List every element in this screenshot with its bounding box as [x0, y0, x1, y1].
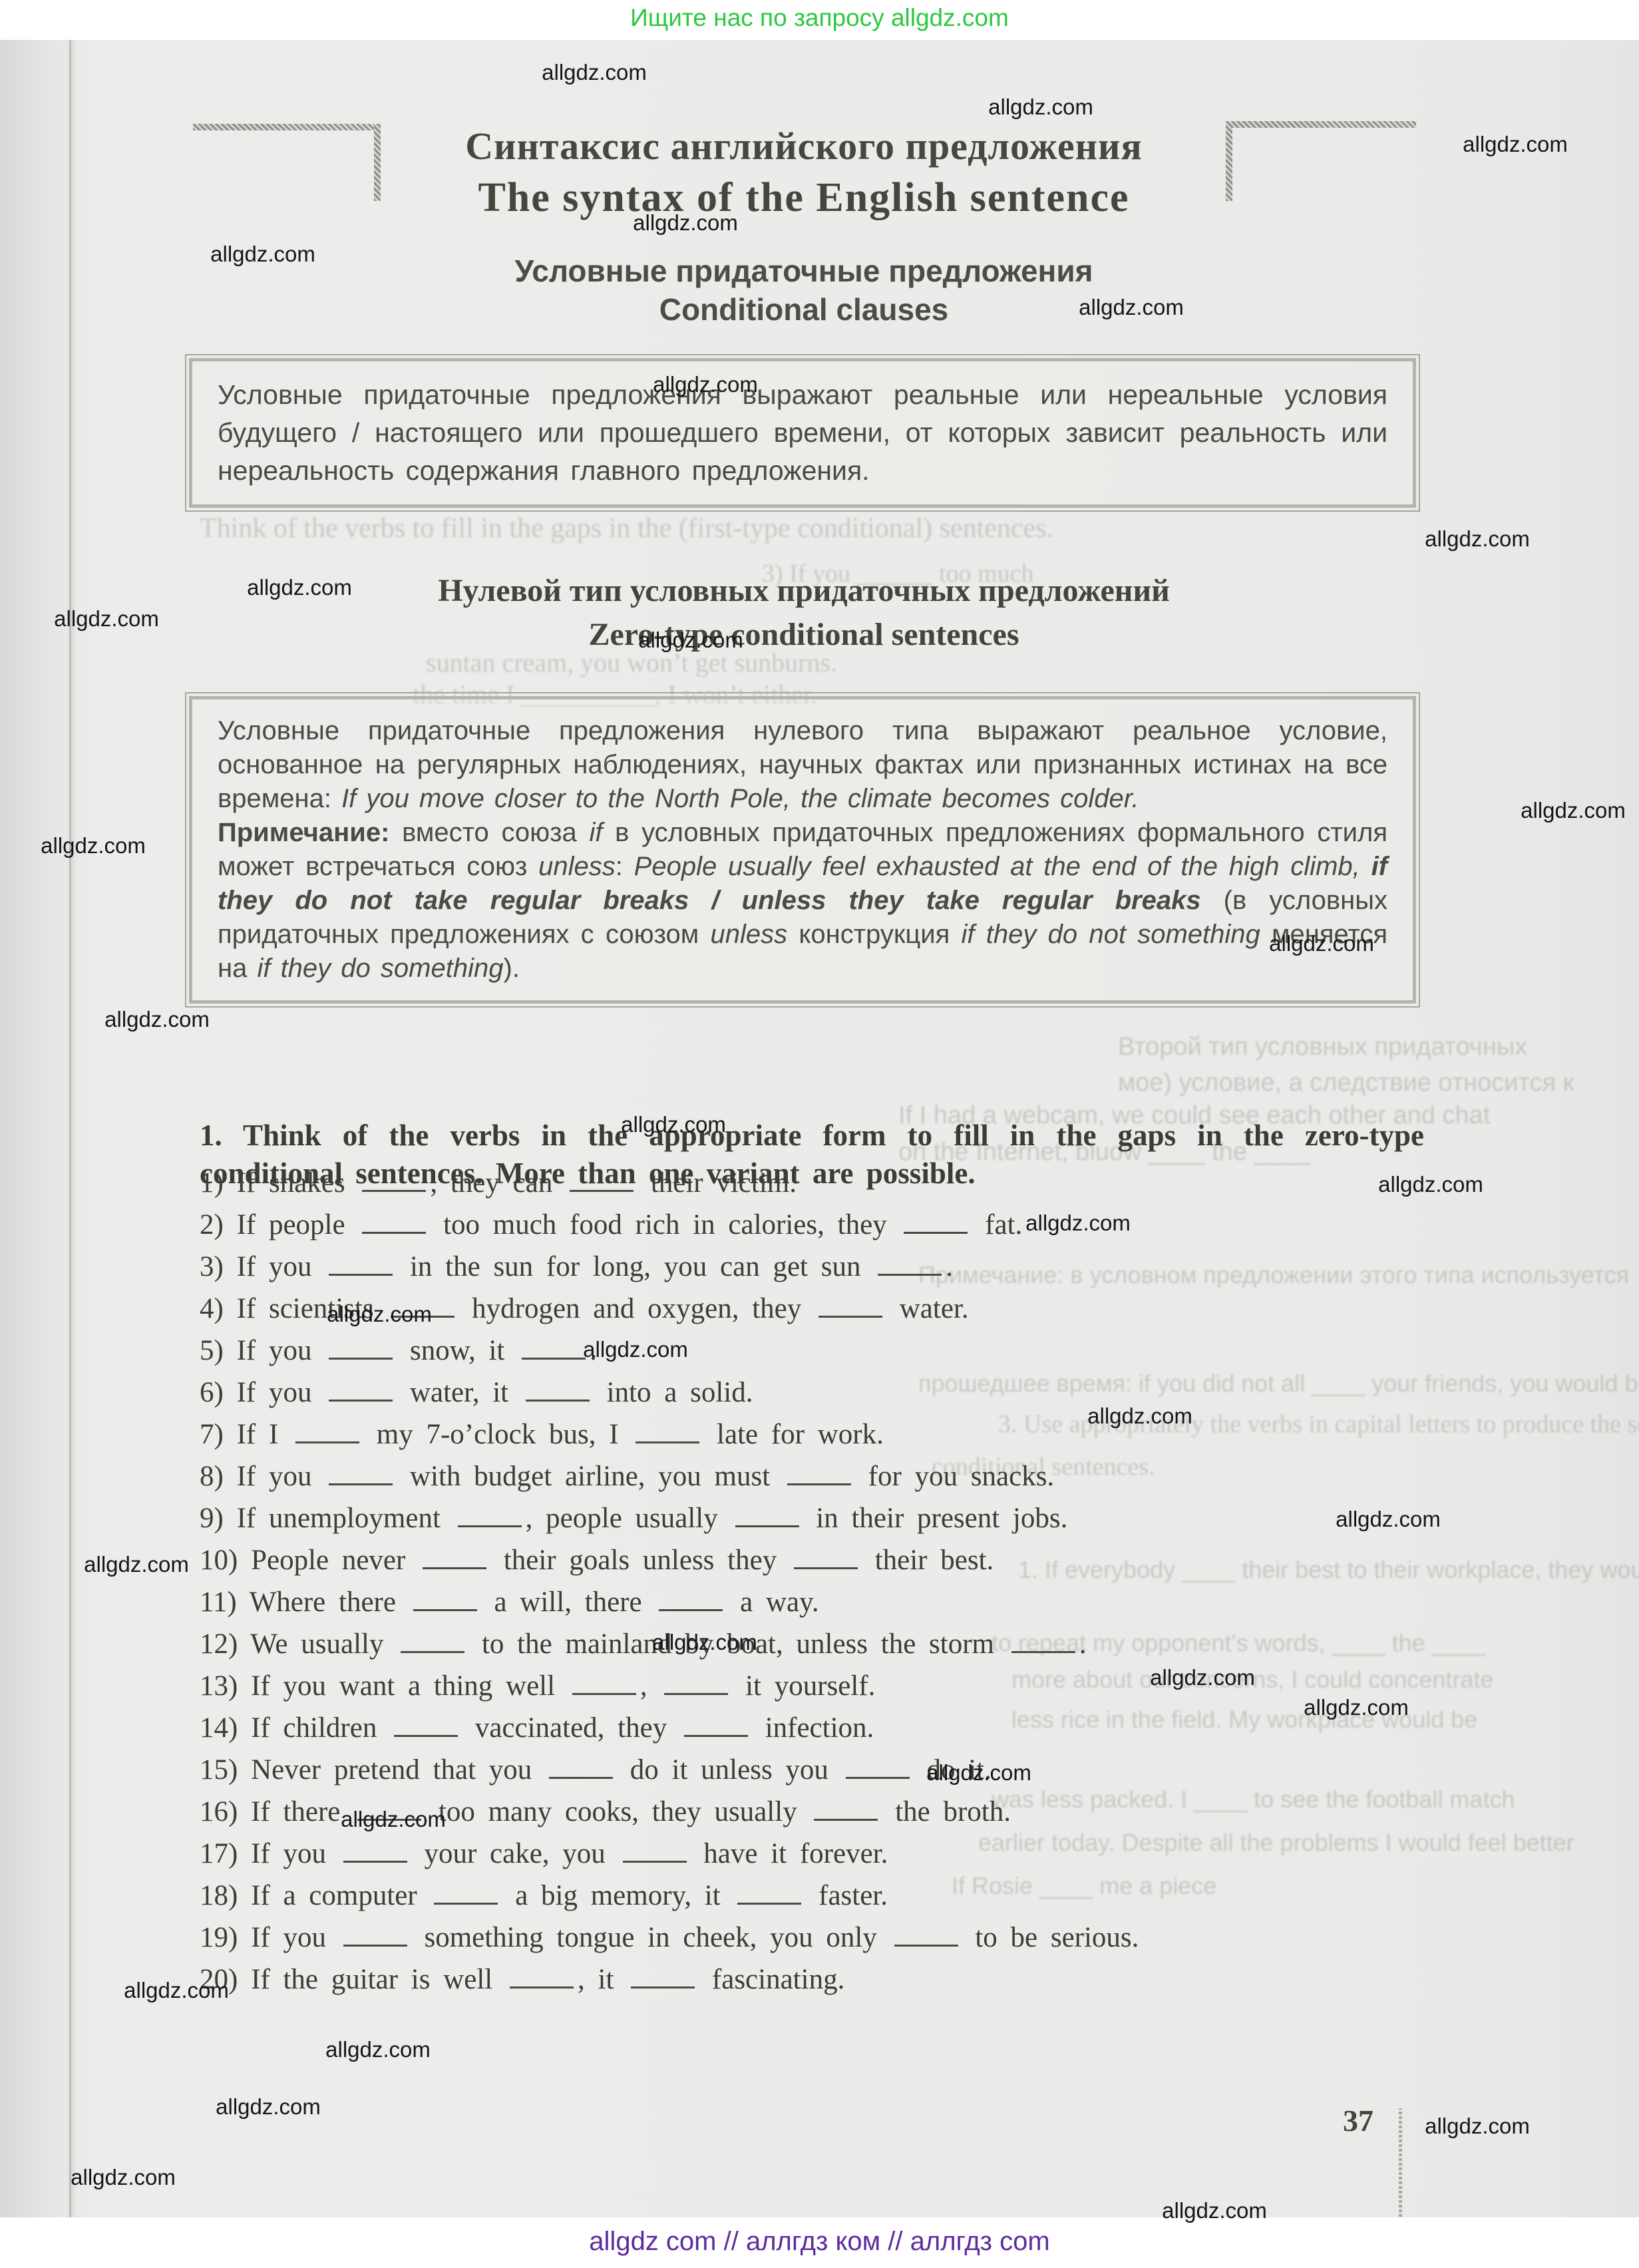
blank-gap [329, 1393, 393, 1402]
sentence-6: 6) If you water, it into a solid. [200, 1372, 1464, 1414]
sentence-4: 4) If scientists hydrogen and oxygen, th… [200, 1288, 1464, 1330]
section-title-english: Zero-type conditional sentences [188, 616, 1419, 653]
blank-gap [904, 1225, 968, 1234]
sentence-15: 15) Never pretend that you do it unless … [200, 1749, 1464, 1791]
scanned-page: Ищите нас по запросу allgdz.com Think of… [0, 0, 1639, 2268]
rule-box-zero-type-text: Условные придаточные предложения нулевог… [189, 696, 1416, 1004]
blank-gap [362, 1183, 426, 1192]
sentence-12: 12) We usually to the mainland by boat, … [200, 1623, 1464, 1665]
rule-text-run: Примечание: [218, 818, 389, 847]
sentence-5: 5) If you snow, it . [200, 1330, 1464, 1372]
topic-title-english: Conditional clauses [188, 291, 1419, 327]
blank-gap [391, 1309, 455, 1318]
page-number: 37 [1343, 2103, 1373, 2138]
rule-text-run: If you move closer to the North Pole, th… [341, 784, 1139, 813]
blank-gap [664, 1686, 728, 1695]
sentence-8: 8) If you with budget airline, you must … [200, 1455, 1464, 1497]
section-title-russian: Нулевой тип условных придаточных предлож… [188, 572, 1419, 609]
blank-gap [434, 1896, 498, 1905]
blank-gap [549, 1770, 613, 1779]
blank-gap [570, 1183, 634, 1192]
rule-text-run: if they do not something [962, 920, 1260, 949]
blank-gap [329, 1267, 393, 1276]
sentence-2: 2) If people too much food rich in calor… [200, 1204, 1464, 1246]
topic-title-russian: Условные придаточные предложения [188, 253, 1419, 289]
rule-box-conditionals: Условные придаточные предложения выражаю… [185, 354, 1420, 512]
blank-gap [1011, 1644, 1075, 1653]
blank-gap [787, 1477, 851, 1485]
sentence-7: 7) If I my 7-o’clock bus, I late for wor… [200, 1414, 1464, 1455]
footer-line: allgdz com // аллгдз ком // аллгдз com [0, 2227, 1639, 2257]
blank-gap [329, 1477, 393, 1485]
sentence-16: 16) If there too many cooks, they usuall… [200, 1791, 1464, 1833]
rule-text-run: if they do something [257, 954, 503, 983]
paper-scan: Think of the verbs to fill in the gaps i… [0, 40, 1639, 2217]
sentence-9: 9) If unemployment , people usually in t… [200, 1497, 1464, 1539]
sentence-20: 20) If the guitar is well , it fascinati… [200, 1959, 1464, 2000]
blank-gap [362, 1225, 426, 1234]
blank-gap [329, 1351, 393, 1360]
blank-gap [684, 1728, 748, 1737]
blank-gap [737, 1896, 801, 1905]
blank-gap [631, 1980, 695, 1988]
blank-gap [819, 1309, 882, 1318]
sentence-1: 1) If snakes , they can their victim. [200, 1162, 1464, 1204]
blank-gap [401, 1644, 464, 1653]
promo-banner: Ищите нас по запросу allgdz.com [0, 4, 1639, 32]
blank-gap [846, 1770, 910, 1779]
blank-gap [659, 1603, 723, 1611]
blank-gap [458, 1519, 522, 1527]
blank-gap [572, 1686, 636, 1695]
sentence-13: 13) If you want a thing well , it yourse… [200, 1665, 1464, 1707]
rule-text-run: ). [503, 954, 519, 983]
rule-box-zero-type: Условные придаточные предложения нулевог… [185, 692, 1420, 1008]
blank-gap [526, 1393, 590, 1402]
blank-gap [343, 1938, 407, 1947]
sentence-17: 17) If you your cake, you have it foreve… [200, 1833, 1464, 1875]
sentence-18: 18) If a computer a big memory, it faste… [200, 1875, 1464, 1917]
blank-gap [295, 1435, 359, 1443]
rule-text-run: конструкция [787, 920, 961, 949]
rule-text-run: вместо союза [389, 818, 589, 847]
sentence-11: 11) Where there a will, there a way. [200, 1581, 1464, 1623]
chapter-title-english: The syntax of the English sentence [188, 174, 1419, 222]
blank-gap [894, 1938, 958, 1947]
blank-gap [394, 1728, 458, 1737]
blank-gap [735, 1519, 799, 1527]
rule-box-conditionals-text: Условные придаточные предложения выражаю… [189, 358, 1416, 508]
blank-gap [814, 1812, 878, 1821]
sentence-3: 3) If you in the sun for long, you can g… [200, 1246, 1464, 1288]
blank-gap [522, 1351, 586, 1360]
blank-gap [343, 1854, 407, 1863]
blank-gap [623, 1854, 687, 1863]
blank-gap [413, 1603, 477, 1611]
blank-gap [357, 1812, 421, 1821]
sentence-10: 10) People never their goals unless they… [200, 1539, 1464, 1581]
page-content: Синтаксис английского предложения The sy… [0, 40, 1639, 2217]
sentence-14: 14) If children vaccinated, they infecti… [200, 1707, 1464, 1749]
rule-text-run: : [616, 852, 634, 881]
page-number-rule [1399, 2108, 1402, 2217]
rule-text-run: People usually feel exhausted at the end… [634, 852, 1371, 881]
sentence-19: 19) If you something tongue in cheek, yo… [200, 1917, 1464, 1959]
blank-gap [878, 1267, 942, 1276]
rule-text-run: unless [711, 920, 788, 949]
rule-text-run: unless [538, 852, 616, 881]
blank-gap [794, 1561, 858, 1569]
exercise-sentence-list: 1) If snakes , they can their victim.2) … [200, 1162, 1464, 2000]
blank-gap [510, 1980, 574, 1988]
rule-text-run: if [589, 818, 602, 847]
chapter-title-russian: Синтаксис английского предложения [188, 124, 1419, 168]
blank-gap [423, 1561, 486, 1569]
blank-gap [636, 1435, 699, 1443]
